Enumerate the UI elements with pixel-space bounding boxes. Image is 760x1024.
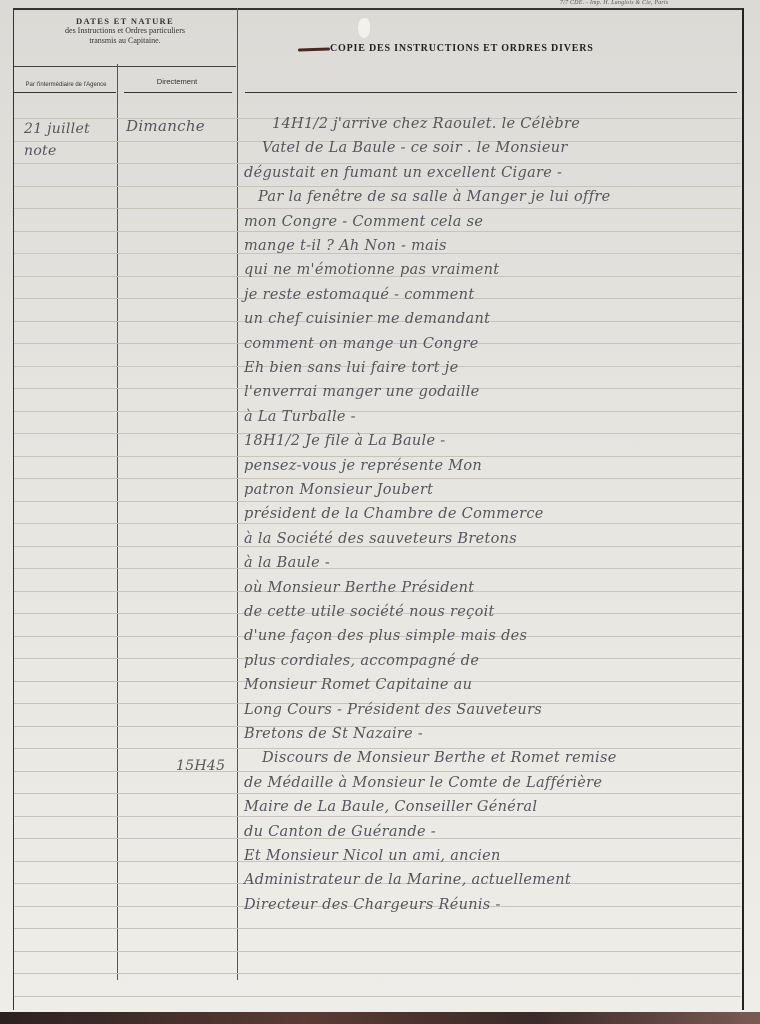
header-left-subtitle-2: transmis au Capitaine. [14, 36, 236, 46]
handwritten-line: Monsieur Romet Capitaine au [244, 677, 472, 693]
handwritten-line: dégustait en fumant un excellent Cigare … [244, 165, 562, 181]
handwritten-line: comment on mange un Congre [244, 336, 479, 352]
handwritten-line: Long Cours - Président des Sauveteurs [244, 702, 542, 718]
ruled-line [14, 411, 741, 412]
header-rule [245, 92, 737, 93]
header-rule [14, 92, 116, 93]
handwritten-line: Directeur des Chargeurs Réunis - [244, 897, 501, 913]
handwritten-line: Bretons de St Nazaire - [244, 726, 423, 742]
ledger-page: 7/7 CDE. - Imp. H. Langlois & Cie, Paris… [0, 0, 760, 1012]
ruled-line [14, 568, 741, 569]
header-separator [14, 66, 236, 67]
handwritten-line: à la Baule - [244, 555, 330, 571]
ruled-line [14, 208, 741, 209]
ruled-line [14, 996, 741, 997]
ruled-line [14, 793, 741, 794]
handwritten-line: où Monsieur Berthe Président [244, 580, 474, 596]
ruled-line [14, 816, 741, 817]
background-edge [0, 1012, 760, 1024]
handwritten-line: 18H1/2 Je file à La Baule - [244, 433, 445, 449]
column-divider-main [237, 8, 238, 980]
paper-tear [358, 18, 370, 38]
handwritten-line: président de la Chambre de Commerce [244, 506, 544, 522]
handwritten-line: à La Turballe - [244, 409, 356, 425]
handwritten-line: l'enverrai manger une godaille [244, 384, 480, 400]
handwritten-line: Et Monsieur Nicol un ami, ancien [244, 848, 501, 864]
column-divider-agency [117, 64, 118, 980]
entry-time-second: 15H45 [176, 758, 225, 774]
handwritten-line: mon Congre - Comment cela se [244, 214, 483, 230]
entry-day: Dimanche [126, 117, 205, 135]
header-copie-title: COPIE DES INSTRUCTIONS ET ORDRES DIVERS [330, 43, 594, 54]
handwritten-line: plus cordiales, accompagné de [244, 653, 479, 669]
ruled-line [14, 771, 741, 772]
header-left-subtitle-1: des Instructions et Ordres particuliers [14, 26, 236, 36]
handwritten-line: un chef cuisinier me demandant [244, 311, 490, 327]
handwritten-line: d'une façon des plus simple mais des [244, 628, 527, 644]
handwritten-line: patron Monsieur Joubert [244, 482, 433, 498]
header-left-title: DATES ET NATURE [14, 16, 236, 26]
handwritten-line: de cette utile société nous reçoit [244, 604, 495, 620]
handwritten-line: Maire de La Baule, Conseiller Général [244, 799, 537, 815]
handwritten-line: 14H1/2 j'arrive chez Raoulet. le Célèbre [272, 116, 580, 132]
ruled-line [14, 231, 741, 232]
handwritten-line: de Médaille à Monsieur le Comte de Laffé… [244, 775, 602, 791]
handwritten-line: mange t-il ? Ah Non - mais [244, 238, 447, 254]
handwritten-line: qui ne m'émotionne pas vraiment [244, 262, 499, 278]
handwritten-line: Discours de Monsieur Berthe et Romet rem… [262, 750, 617, 766]
ruled-line [14, 186, 741, 187]
ruled-line [14, 973, 741, 974]
handwritten-line: Administrateur de la Marine, actuellemen… [244, 872, 571, 888]
handwritten-line: je reste estomaqué - comment [244, 287, 474, 303]
handwritten-line: Vatel de La Baule - ce soir . le Monsieu… [262, 140, 568, 156]
header-dates-nature: DATES ET NATURE des Instructions et Ordr… [14, 16, 236, 46]
handwritten-line: Eh bien sans lui faire tort je [244, 360, 458, 376]
ruled-line [14, 928, 741, 929]
handwritten-line: Par la fenêtre de sa salle à Manger je l… [258, 189, 611, 205]
ruled-line [14, 951, 741, 952]
handwritten-line: à la Société des sauveteurs Bretons [244, 531, 517, 547]
entry-date: 21 juillet note [24, 118, 114, 162]
ruled-line [14, 501, 741, 502]
column-header-agency: Par l'intermédiaire de l'Agence [15, 82, 117, 88]
handwritten-line: pensez-vous je représente Mon [244, 458, 482, 474]
printer-imprint: 7/7 CDE. - Imp. H. Langlois & Cie, Paris [560, 0, 760, 6]
ruled-line [14, 523, 741, 524]
handwritten-line: du Canton de Guérande - [244, 824, 436, 840]
column-header-direct: Directement [118, 77, 236, 86]
ruled-line [14, 748, 741, 749]
ruled-line [14, 478, 741, 479]
header-rule [124, 92, 232, 93]
